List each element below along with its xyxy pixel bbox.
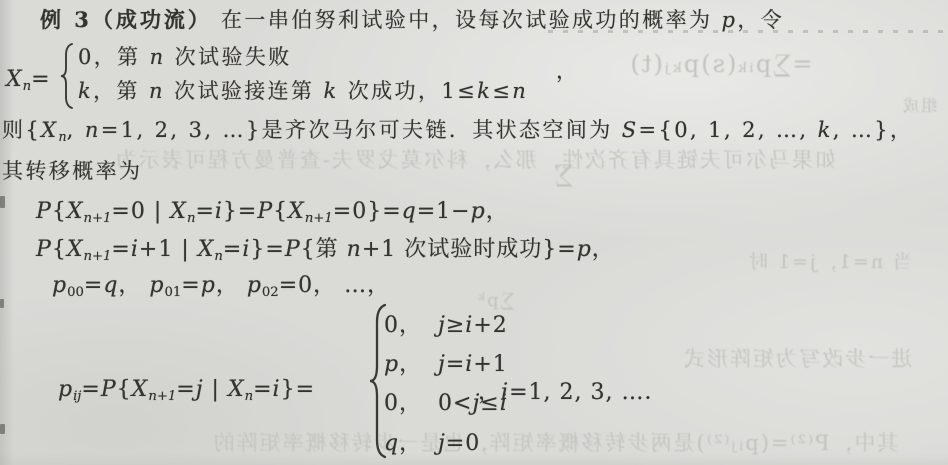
text-segment: X xyxy=(170,199,187,224)
text-segment: j xyxy=(196,377,204,402)
text-segment: p xyxy=(149,273,164,298)
text-segment: X xyxy=(67,199,84,224)
text-segment: j xyxy=(438,431,446,456)
xn-trailing-comma: ， xyxy=(556,58,579,84)
text-segment: n xyxy=(512,79,528,103)
text-segment: 0，第 xyxy=(78,45,150,69)
text-segment: p xyxy=(58,377,73,402)
text-segment: n xyxy=(23,79,32,94)
text-segment: X xyxy=(67,237,84,262)
text-segment: p xyxy=(201,273,216,298)
text-segment: ，第 xyxy=(93,79,149,103)
bleedthrough-text: 进一步改写为矩阵形式 xyxy=(652,343,942,373)
pij-case-row: p，j=i+1 xyxy=(384,351,508,379)
pij-index-range: ，i=1, 2, 3, …． xyxy=(478,379,667,407)
text-segment: 0， xyxy=(384,391,422,416)
text-segment: 00 xyxy=(67,285,84,300)
text-segment: }= xyxy=(281,377,315,402)
text-segment: p xyxy=(577,237,592,262)
text-segment: X xyxy=(132,377,149,402)
text-segment: +1 次试验时成功}= xyxy=(362,237,577,262)
text-segment: X xyxy=(228,377,245,402)
scan-artifact xyxy=(0,424,5,434)
text-segment: j xyxy=(438,313,446,338)
text-segment: +1 | xyxy=(139,237,198,262)
text-segment: =1− xyxy=(417,199,471,224)
text-segment: ， xyxy=(216,273,247,298)
pij-equation-lead: pij=P{Xn+1=j | Xn=i}= xyxy=(58,376,315,405)
text-segment: | xyxy=(204,377,228,402)
xn-definition-lhs: Xn= xyxy=(6,66,51,95)
text-segment: i xyxy=(131,237,139,262)
text-segment: i xyxy=(215,199,223,224)
text-segment: P xyxy=(285,237,301,262)
text-segment: ， xyxy=(478,380,501,405)
text-segment: }= xyxy=(250,237,284,262)
text-segment: = xyxy=(446,352,465,377)
text-segment: P xyxy=(257,199,273,224)
text-segment: q xyxy=(402,199,417,224)
text-segment: +1 xyxy=(473,352,507,377)
text-segment: 其转移概率为 xyxy=(2,159,142,183)
text-segment: p xyxy=(722,8,738,32)
text-segment: n xyxy=(150,45,166,69)
text-segment: n xyxy=(149,79,165,103)
text-segment: = xyxy=(253,377,272,402)
text-segment: =0 | xyxy=(111,199,170,224)
bleedthrough-text: ∑pᵏ xyxy=(462,290,528,311)
text-segment: X xyxy=(41,118,58,142)
text-segment: k xyxy=(78,79,93,103)
example-intro-line: 例 3（成功流） 在一串伯努利试验中，设每次试验成功的概率为 p，令 xyxy=(40,7,784,33)
text-segment: {第 xyxy=(301,237,347,262)
text-segment: }= xyxy=(223,199,257,224)
text-segment: P xyxy=(36,237,52,262)
text-segment: n xyxy=(59,129,67,144)
text-segment: = xyxy=(84,273,103,298)
text-segment: p xyxy=(384,352,399,377)
text-segment: , xyxy=(67,118,85,142)
scan-artifact xyxy=(0,299,4,308)
text-segment: =0 xyxy=(446,431,480,456)
text-segment: k xyxy=(477,79,492,103)
text-segment: S xyxy=(622,118,639,142)
scan-artifact xyxy=(0,196,5,208)
text-segment: = xyxy=(181,273,200,298)
scanned-textbook-page: =∑pᵢₖ(s)pₖⱼ(t)如果马尔可夫链具有齐次性，那么，科尔莫戈罗夫-查普曼… xyxy=(0,0,948,465)
case-value: p， xyxy=(384,351,438,379)
text-segment: ， xyxy=(399,352,422,377)
pij-case-row: q，j=0 xyxy=(384,430,480,458)
markov-chain-statement-line: 则{Xn, n=1, 2, 3, …}是齐次马尔可夫链．其状态空间为 S={0,… xyxy=(2,117,913,145)
text-segment: 0< xyxy=(438,391,472,416)
text-segment: 则{ xyxy=(2,118,41,142)
text-segment: n xyxy=(245,389,254,404)
text-segment: p xyxy=(52,273,67,298)
text-segment: 次试验接连第 xyxy=(165,79,324,103)
text-segment: { xyxy=(52,237,67,262)
case-condition: j=0 xyxy=(438,431,480,456)
text-segment: = xyxy=(223,237,242,262)
text-segment: ≥ xyxy=(446,313,465,338)
text-segment: p xyxy=(471,199,486,224)
transition-probability-label: 其转移概率为 xyxy=(2,158,142,184)
text-segment: = xyxy=(195,199,214,224)
text-segment: = xyxy=(31,67,50,92)
text-segment: = xyxy=(81,377,100,402)
case-value: q， xyxy=(384,430,438,458)
text-segment: ={0, 1, 2, …, xyxy=(639,118,818,142)
text-segment: = xyxy=(111,237,130,262)
text-segment: 02 xyxy=(262,285,279,300)
text-segment: ，令 xyxy=(737,8,784,32)
case-condition: j≥i+2 xyxy=(438,313,508,338)
text-segment: ， xyxy=(592,237,615,262)
case-value: 0， xyxy=(384,390,438,418)
text-segment: n xyxy=(214,249,223,264)
text-segment: p xyxy=(247,273,262,298)
equation-q-line: P{Xn+1=0 | Xn=i}=P{Xn+1=0}=q=1−p， xyxy=(36,198,509,227)
cases-brace-small xyxy=(59,42,75,110)
text-segment: 次成功，1≤ xyxy=(339,79,477,103)
text-segment: { xyxy=(273,199,288,224)
text-segment: ， xyxy=(486,199,509,224)
text-segment: 在一串伯努利试验中，设每次试验成功的概率为 xyxy=(212,8,722,32)
text-segment: k xyxy=(818,118,833,142)
bleedthrough-text: 组成 xyxy=(893,93,945,116)
bleedthrough-text: 其中，P⁽²⁾=(pᵢⱼ⁽²⁾)是两步转移概率矩阵，也是一步转移概率矩阵的 xyxy=(165,427,945,457)
case-value: 0， xyxy=(384,312,438,340)
text-segment: n+1 xyxy=(83,211,111,226)
text-segment: X xyxy=(198,237,215,262)
text-segment: =0}= xyxy=(333,199,402,224)
xn-case-row-success: k，第 n 次试验接连第 k 次成功，1≤k≤n xyxy=(78,78,528,104)
text-segment: ≤ xyxy=(492,79,512,103)
text-segment: n+1 xyxy=(305,211,333,226)
text-segment: =1, 2, 3, …． xyxy=(509,380,667,405)
bleedthrough-text: ∑ xyxy=(546,160,580,188)
text-segment: i xyxy=(501,380,509,405)
text-segment: ， xyxy=(118,273,149,298)
text-segment: q xyxy=(103,273,118,298)
text-segment: , …}， xyxy=(833,118,914,142)
text-segment: k xyxy=(324,79,339,103)
equation-p0k-line: p00=q， p01=p， p02=0， …， xyxy=(52,272,390,301)
text-segment: X xyxy=(288,199,305,224)
case-condition: j=i+1 xyxy=(438,352,508,377)
text-segment: = xyxy=(176,377,195,402)
text-segment: j xyxy=(438,352,446,377)
bleedthrough-text: 如果马尔可夫链具有齐次性，那么，科尔莫戈罗夫-查普曼方程可表示为 xyxy=(30,144,920,174)
xn-case-row-fail: 0，第 n 次试验失败 xyxy=(78,44,292,70)
text-segment: P xyxy=(36,199,52,224)
text-segment: =0， …， xyxy=(279,273,390,298)
bleedthrough-text: 当 n=1，j=1 时 xyxy=(722,247,937,274)
pij-case-row: 0，j≥i+2 xyxy=(384,312,508,340)
text-segment: 0， xyxy=(384,313,422,338)
text-segment: n+1 xyxy=(148,389,176,404)
text-segment: n xyxy=(347,237,362,262)
text-segment: =1, 2, 3, …}是齐次马尔可夫链．其状态空间为 xyxy=(101,118,622,142)
text-segment: 例 3（成功流） xyxy=(40,7,212,32)
text-segment: X xyxy=(6,67,23,92)
text-segment: ， xyxy=(399,431,422,456)
text-segment: n xyxy=(85,118,101,142)
text-segment: 01 xyxy=(165,285,182,300)
bleedthrough-text: =∑pᵢₖ(s)pₖⱼ(t) xyxy=(608,50,833,78)
text-segment: n+1 xyxy=(83,249,111,264)
text-segment: { xyxy=(52,199,67,224)
text-segment: 次试验失败 xyxy=(166,45,292,69)
text-segment: +2 xyxy=(473,313,507,338)
text-segment: i xyxy=(273,377,281,402)
text-segment: { xyxy=(117,377,132,402)
equation-p-line: P{Xn+1=i+1 | Xn=i}=P{第 n+1 次试验时成功}=p， xyxy=(36,236,615,265)
text-segment: P xyxy=(101,377,117,402)
text-segment: q xyxy=(384,431,399,456)
